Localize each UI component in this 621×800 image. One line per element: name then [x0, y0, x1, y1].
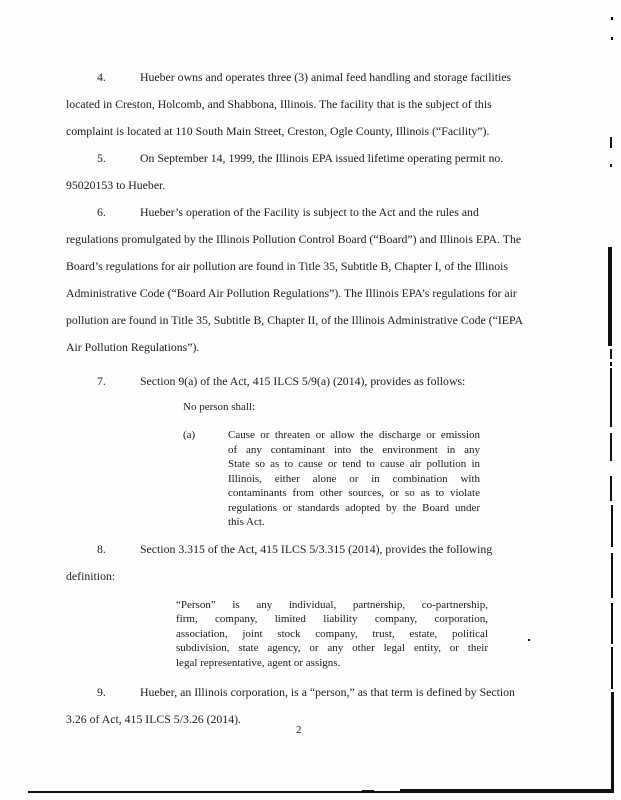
text-line: Hueber, an Illinois corporation, is a “p…: [140, 685, 515, 699]
text-line: 6.Hueber’s operation of the Facility is …: [66, 199, 542, 226]
text-line: Cause or threaten or allow the discharge…: [228, 428, 480, 443]
text-line: Section 9(a) of the Act, 415 ILCS 5/9(a)…: [140, 374, 465, 388]
scan-artifact-dot: [528, 639, 530, 641]
scan-artifact-line: [611, 505, 613, 547]
scan-artifact-line: [611, 603, 613, 644]
text-line: Section 3.315 of the Act, 415 ILCS 5/3.3…: [140, 542, 492, 556]
text-line: 95020153 to Hueber.: [66, 172, 542, 199]
scan-artifact-line: [610, 433, 612, 461]
text-line: this Act.: [228, 515, 480, 530]
scan-artifact-line: [611, 647, 613, 689]
scan-artifact-dash: [610, 137, 612, 148]
scan-artifact-bar: [608, 247, 612, 346]
quote-item-label: (a): [183, 428, 228, 530]
text-line: Administrative Code (“Board Air Pollutio…: [66, 280, 542, 307]
text-line: Air Pollution Regulations”).: [66, 334, 542, 361]
scan-artifact-bottom-line: [400, 789, 614, 793]
text-line: Hueber owns and operates three (3) anima…: [140, 70, 511, 84]
text-line: legal representative, agent or assigns.: [176, 656, 488, 671]
quote-person-definition: “Person” is any individual, partnership,…: [176, 598, 488, 671]
text-line: Illinois, either alone or in combination…: [228, 472, 480, 487]
paragraph-number: 6.: [97, 199, 140, 226]
paragraph-number: 9.: [97, 679, 140, 706]
page-number: 2: [296, 724, 302, 736]
text-line: State so as to cause or tend to cause ai…: [228, 457, 480, 472]
scan-artifact-dot: [611, 17, 613, 20]
quote-item-a: (a) Cause or threaten or allow the disch…: [183, 428, 542, 530]
text-line: regulations promulgated by the Illinois …: [66, 226, 542, 253]
scan-artifact-line: [611, 553, 613, 598]
document-page: 4.Hueber owns and operates three (3) ani…: [0, 0, 621, 800]
text-line: 4.Hueber owns and operates three (3) ani…: [66, 64, 542, 91]
text-line: “Person” is any individual, partnership,…: [176, 598, 488, 613]
scan-artifact-dot: [610, 164, 612, 167]
paragraph-9: 9.Hueber, an Illinois corporation, is a …: [66, 679, 542, 733]
paragraph-number: 5.: [97, 145, 140, 172]
scan-artifact-dash: [610, 362, 612, 366]
text-line: On September 14, 1999, the Illinois EPA …: [140, 151, 503, 165]
text-line: pollution are found in Title 35, Subtitl…: [66, 307, 542, 334]
text-line: Board’s regulations for air pollution ar…: [66, 253, 542, 280]
paragraph-7: 7.Section 9(a) of the Act, 415 ILCS 5/9(…: [66, 368, 542, 395]
text-line: located in Creston, Holcomb, and Shabbon…: [66, 91, 542, 118]
text-line: firm, company, limited liability company…: [176, 612, 488, 627]
text-line: 3.26 of Act, 415 ILCS 5/3.26 (2014).: [66, 706, 542, 733]
text-line: Hueber’s operation of the Facility is su…: [140, 205, 479, 219]
text-line: of any contaminant into the environment …: [228, 443, 480, 458]
text-line: definition:: [66, 563, 542, 590]
paragraph-number: 4.: [97, 64, 140, 91]
scan-artifact-bar: [611, 692, 614, 790]
text-line: 5.On September 14, 1999, the Illinois EP…: [66, 145, 542, 172]
text-line: 8.Section 3.315 of the Act, 415 ILCS 5/3…: [66, 536, 542, 563]
quote-item-text: Cause or threaten or allow the discharge…: [228, 428, 480, 530]
scan-artifact-line: [610, 349, 612, 359]
paragraph-number: 7.: [97, 368, 140, 395]
text-line: contaminants from other sources, or so a…: [228, 486, 480, 501]
paragraph-number: 8.: [97, 536, 140, 563]
scan-artifact-dash: [362, 790, 374, 793]
paragraph-6: 6.Hueber’s operation of the Facility is …: [66, 199, 542, 361]
scan-artifact-dot: [611, 37, 613, 40]
paragraph-8: 8.Section 3.315 of the Act, 415 ILCS 5/3…: [66, 536, 542, 590]
scan-artifact-line: [610, 476, 612, 501]
text-line: association, joint stock company, trust,…: [176, 627, 488, 642]
quote-intro: No person shall:: [183, 400, 542, 415]
text-line: 7.Section 9(a) of the Act, 415 ILCS 5/9(…: [66, 368, 542, 395]
text-line: 9.Hueber, an Illinois corporation, is a …: [66, 679, 542, 706]
text-line: complaint is located at 110 South Main S…: [66, 118, 542, 145]
document-body: 4.Hueber owns and operates three (3) ani…: [66, 64, 542, 733]
text-line: regulations or standards adopted by the …: [228, 501, 480, 516]
text-line: subdivision, state agency, or any other …: [176, 641, 488, 656]
paragraph-5: 5.On September 14, 1999, the Illinois EP…: [66, 145, 542, 199]
scan-artifact-line: [610, 368, 612, 427]
paragraph-4: 4.Hueber owns and operates three (3) ani…: [66, 64, 542, 145]
